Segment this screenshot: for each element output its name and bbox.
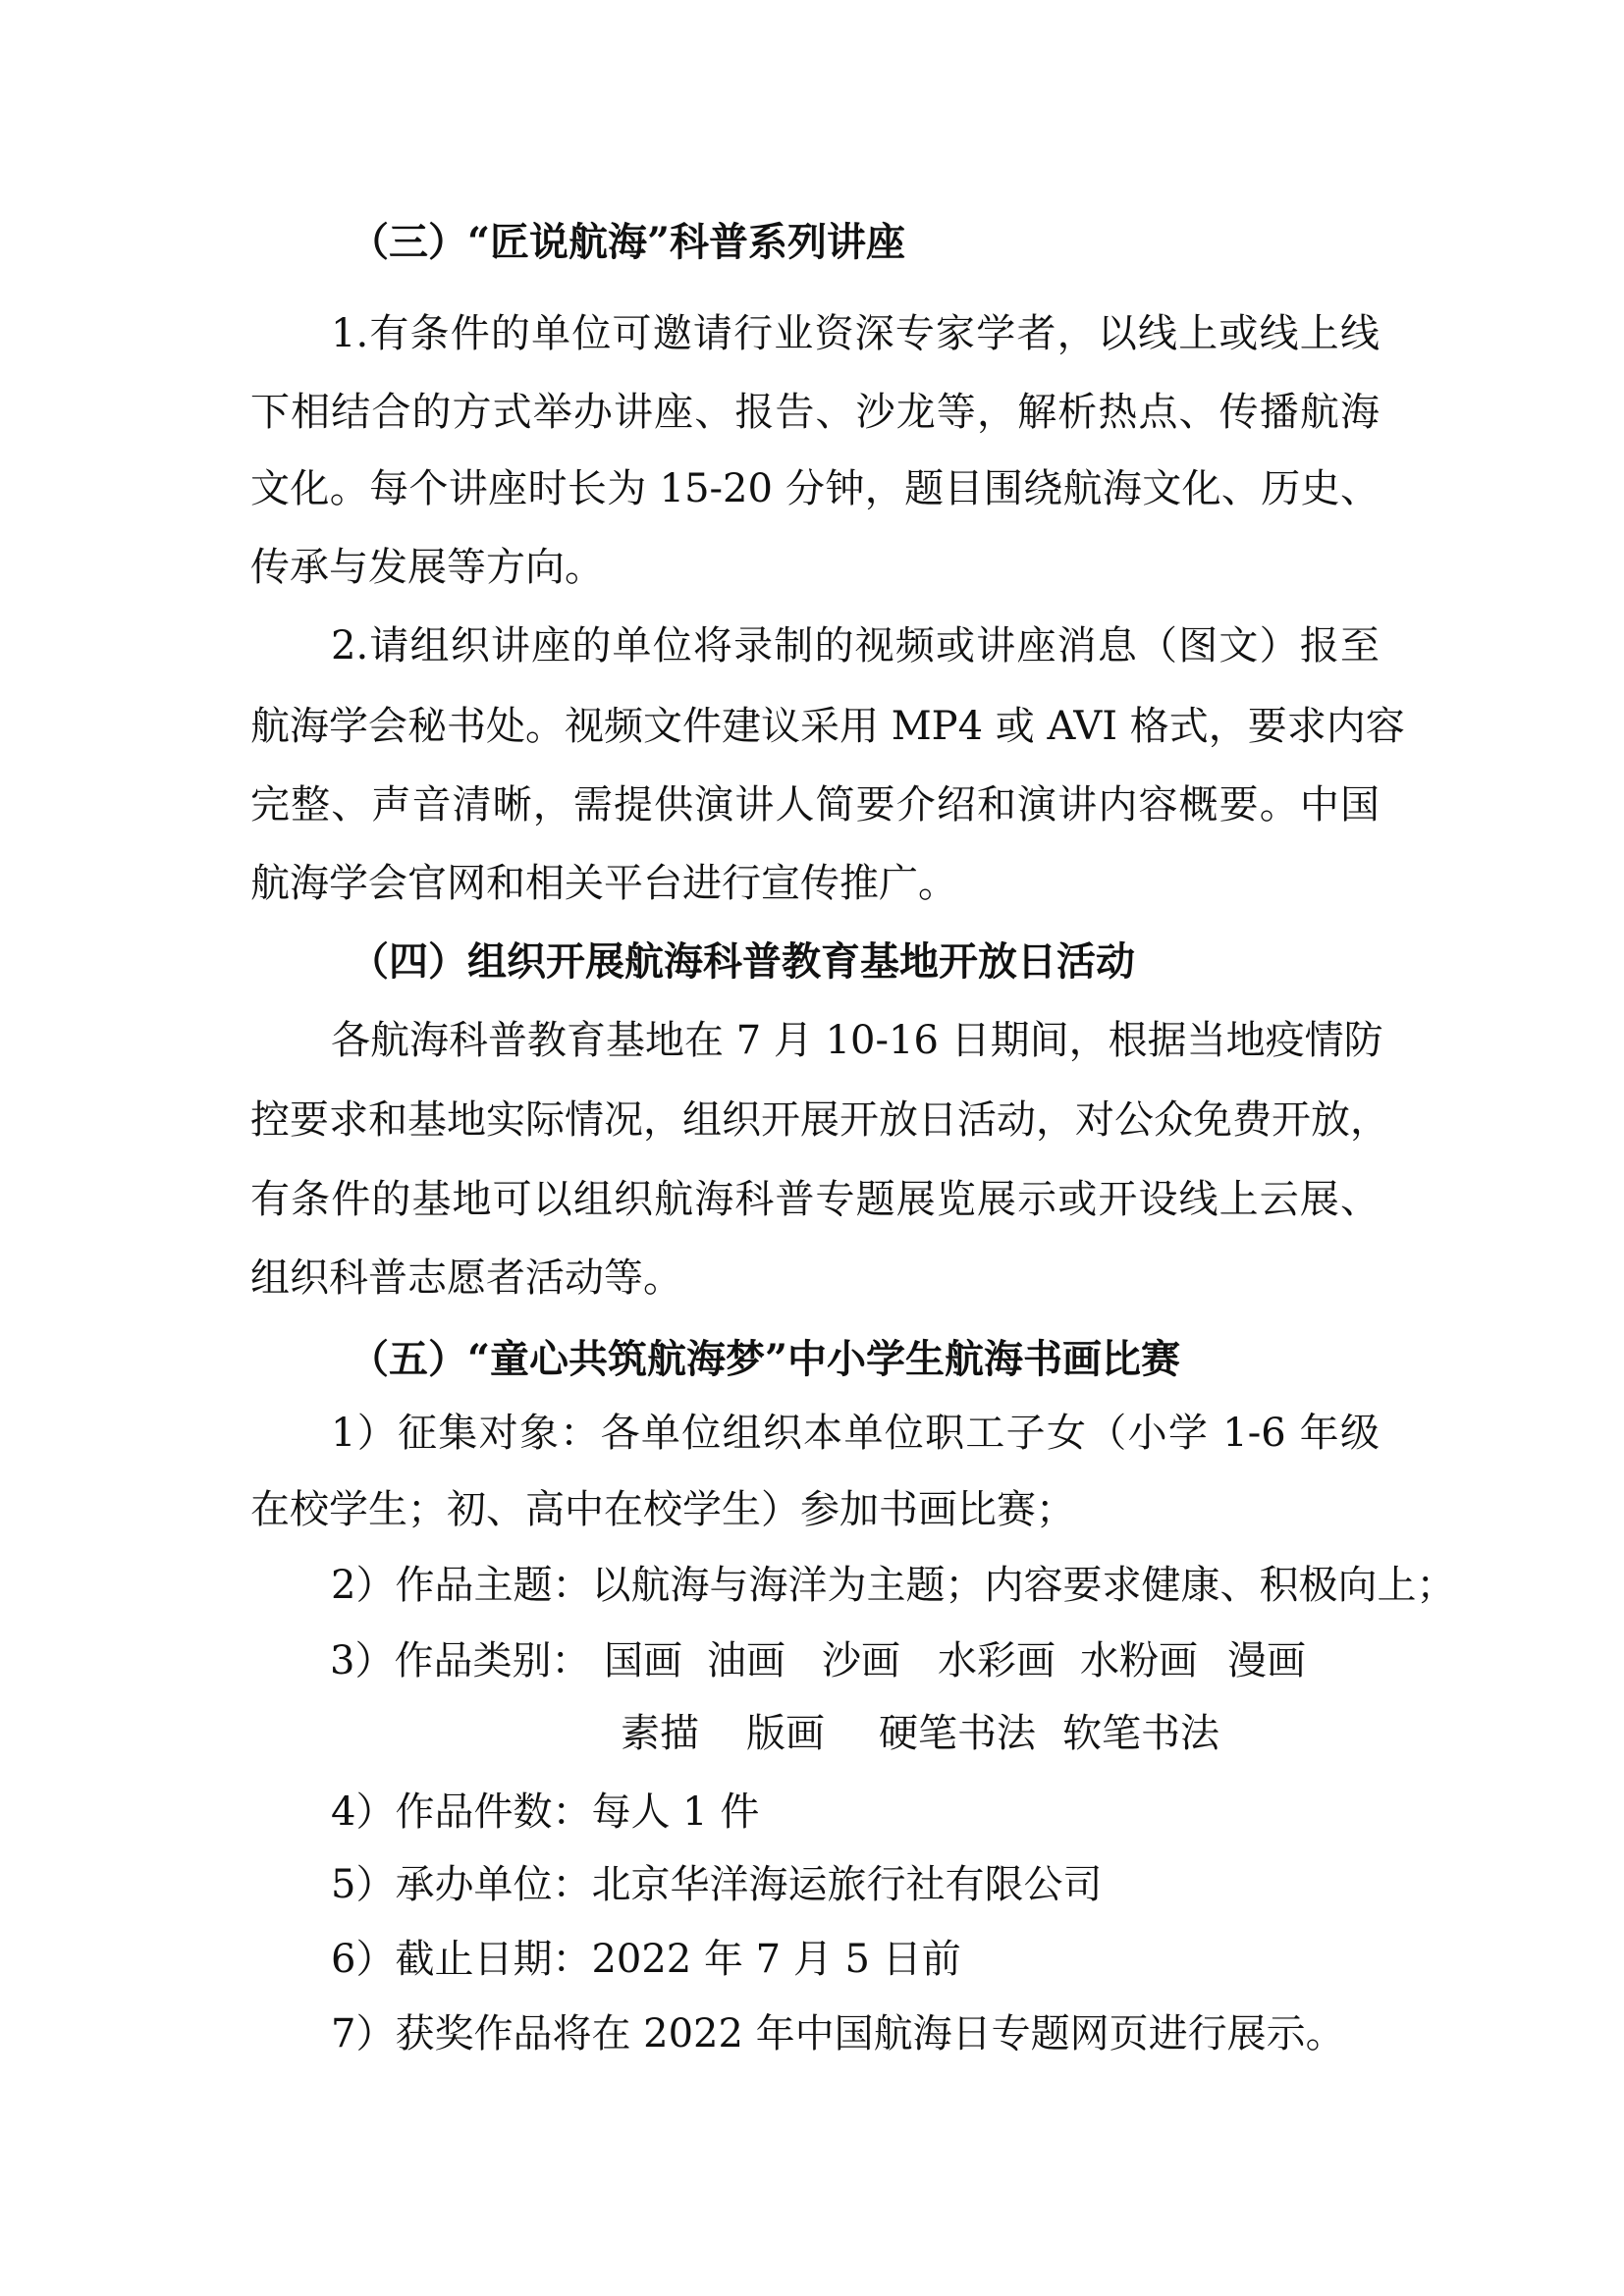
category: 国画 — [604, 1623, 682, 1699]
paragraph-line: 各航海科普教育基地在 7 月 10-16 日期间，根据当地疫情防 — [331, 1002, 1380, 1079]
paragraph-line: 控要求和基地实际情况，组织开展开放日活动，对公众免费开放， — [250, 1082, 1380, 1158]
paragraph-line: 下相结合的方式举办讲座、报告、沙龙等，解析热点、传播航海 — [250, 374, 1380, 451]
section-heading-4: （四）组织开展航海科普教育基地开放日活动 — [350, 924, 1135, 1000]
paragraph-line: 航海学会秘书处。视频文件建议采用 MP4 或 AVI 格式，要求内容 — [250, 688, 1380, 765]
category: 水粉画 — [1080, 1623, 1198, 1699]
list-item-1-line: 1）征集对象：各单位组织本单位职工子女（小学 1-6 年级 — [331, 1395, 1380, 1471]
paragraph-line: 有条件的基地可以组织航海科普专题展览展示或开设线上云展、 — [250, 1161, 1380, 1238]
paragraph-line: 组织科普志愿者活动等。 — [250, 1240, 682, 1316]
category: 硬笔书法 — [879, 1695, 1036, 1772]
paragraph-line: 文化。每个讲座时长为 15-20 分钟，题目围绕航海文化、历史、 — [250, 451, 1380, 527]
paragraph-line: 2.请组织讲座的单位将录制的视频或讲座消息（图文）报至 — [331, 608, 1380, 684]
paragraph-line: 传承与发展等方向。 — [250, 529, 604, 606]
list-item-5: 5）承办单位：北京华洋海运旅行社有限公司 — [331, 1846, 1102, 1923]
list-item-7: 7）获奖作品将在 2022 年中国航海日专题网页进行展示。 — [331, 1996, 1345, 2072]
category: 版画 — [746, 1695, 825, 1772]
list-item-1-line: 在校学生；初、高中在校学生）参加书画比赛； — [250, 1471, 1075, 1548]
document-page: （三）“匠说航海”科普系列讲座 1.有条件的单位可邀请行业资深专家学者，以线上或… — [0, 0, 1624, 2296]
paragraph-line: 1.有条件的单位可邀请行业资深专家学者，以线上或线上线 — [331, 295, 1380, 372]
category: 软笔书法 — [1062, 1695, 1219, 1772]
category: 素描 — [621, 1695, 699, 1772]
list-item-3-row1: 3）作品类别： 国画 油画 沙画 水彩画 水粉画 漫画 — [330, 1623, 1312, 1699]
category: 油画 — [707, 1623, 785, 1699]
paragraph-line: 完整、声音清晰，需提供演讲人简要介绍和演讲内容概要。中国 — [250, 767, 1380, 843]
category: 水彩画 — [938, 1623, 1056, 1699]
paragraph-line: 航海学会官网和相关平台进行宣传推广。 — [250, 845, 957, 922]
categories-label: 3）作品类别： — [330, 1623, 590, 1699]
list-item-2: 2）作品主题：以航海与海洋为主题；内容要求健康、积极向上； — [331, 1547, 1380, 1624]
category: 漫画 — [1227, 1623, 1306, 1699]
section-heading-3: （三）“匠说航海”科普系列讲座 — [350, 204, 905, 281]
list-item-3-row2: 素描 版画 硬笔书法 软笔书法 — [621, 1695, 1308, 1772]
section-heading-5: （五）“童心共筑航海梦”中小学生航海书画比赛 — [350, 1321, 1180, 1398]
list-item-4: 4）作品件数：每人 1 件 — [331, 1774, 759, 1850]
category: 沙画 — [822, 1623, 900, 1699]
list-item-6: 6）截止日期：2022 年 7 月 5 日前 — [331, 1921, 961, 1998]
